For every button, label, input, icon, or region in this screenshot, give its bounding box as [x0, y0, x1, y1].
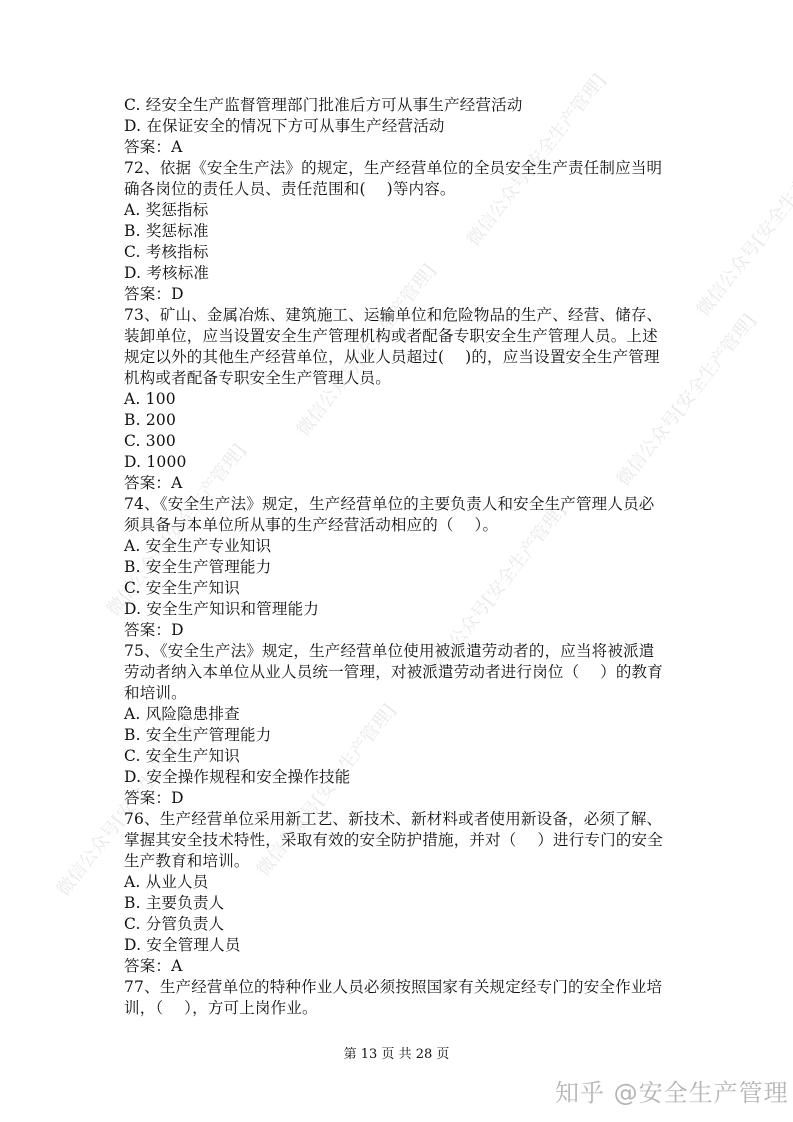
- option-line: C. 300: [124, 431, 684, 452]
- question-line: 掌握其安全技术特性，采取有效的安全防护措施，并对（ ）进行专门的安全: [124, 830, 684, 851]
- watermark: 微信公众号[安全生产管理]: [690, 138, 793, 321]
- answer-line: 答案：A: [124, 473, 684, 494]
- option-line: C. 安全生产知识: [124, 578, 684, 599]
- option-line: A. 安全生产专业知识: [124, 536, 684, 557]
- page-indicator: 第 13 页 共 28 页: [0, 1043, 793, 1062]
- question-line: 和培训。: [124, 683, 684, 704]
- brand-watermark: 知乎 @安全生产管理: [555, 1073, 789, 1108]
- answer-line: 答案：A: [124, 956, 684, 977]
- option-line: B. 主要负责人: [124, 893, 684, 914]
- question-line: 76、生产经营单位采用新工艺、新技术、新材料或者使用新设备，必须了解、: [124, 809, 684, 830]
- option-line: B. 奖惩标准: [124, 221, 684, 242]
- question-line: 须具备与本单位所从事的生产经营活动相应的（ ）。: [124, 515, 684, 536]
- option-line: A. 风险隐患排查: [124, 704, 684, 725]
- option-line: C. 考核指标: [124, 242, 684, 263]
- document-page: 微信公众号[安全生产管理] 微信公众号[安全生产管理] 微信公众号[安全生产管理…: [0, 0, 793, 1122]
- option-line: D. 安全管理人员: [124, 935, 684, 956]
- question-line: 训，（ ），方可上岗作业。: [124, 998, 684, 1019]
- answer-line: 答案：D: [124, 284, 684, 305]
- option-line: D. 1000: [124, 452, 684, 473]
- answer-line: 答案：A: [124, 137, 684, 158]
- question-line: 装卸单位，应当设置安全生产管理机构或者配备专职安全生产管理人员。上述: [124, 326, 684, 347]
- question-line: 规定以外的其他生产经营单位，从业人员超过( )的，应当设置安全生产管理: [124, 347, 684, 368]
- question-line: 生产教育和培训。: [124, 851, 684, 872]
- option-line: B. 安全生产管理能力: [124, 725, 684, 746]
- option-line: D. 考核标准: [124, 263, 684, 284]
- option-line: D. 安全操作规程和安全操作技能: [124, 767, 684, 788]
- question-line: 72、依据《安全生产法》的规定，生产经营单位的全员安全生产责任制应当明: [124, 158, 684, 179]
- question-line: 机构或者配备专职安全生产管理人员。: [124, 368, 684, 389]
- option-line: C. 安全生产知识: [124, 746, 684, 767]
- option-line: A. 100: [124, 389, 684, 410]
- option-line: A. 从业人员: [124, 872, 684, 893]
- option-line: B. 200: [124, 410, 684, 431]
- question-line: 77、生产经营单位的特种作业人员必须按照国家有关规定经专门的安全作业培: [124, 977, 684, 998]
- answer-line: 答案：D: [124, 788, 684, 809]
- option-line: A. 奖惩指标: [124, 200, 684, 221]
- option-line: D. 安全生产知识和管理能力: [124, 599, 684, 620]
- question-line: 74、《安全生产法》规定，生产经营单位的主要负责人和安全生产管理人员必: [124, 494, 684, 515]
- option-line: B. 安全生产管理能力: [124, 557, 684, 578]
- option-line: D. 在保证安全的情况下方可从事生产经营活动: [124, 116, 684, 137]
- option-line: C. 分管负责人: [124, 914, 684, 935]
- question-line: 确各岗位的责任人员、责任范围和( )等内容。: [124, 179, 684, 200]
- document-body: C. 经安全生产监督管理部门批准后方可从事生产经营活动 D. 在保证安全的情况下…: [124, 95, 684, 1019]
- answer-line: 答案：D: [124, 620, 684, 641]
- question-line: 劳动者纳入本单位从业人员统一管理，对被派遣劳动者进行岗位（ ）的教育: [124, 662, 684, 683]
- question-line: 73、矿山、金属冶炼、建筑施工、运输单位和危险物品的生产、经营、储存、: [124, 305, 684, 326]
- option-line: C. 经安全生产监督管理部门批准后方可从事生产经营活动: [124, 95, 684, 116]
- question-line: 75、《安全生产法》规定，生产经营单位使用被派遣劳动者的，应当将被派遣: [124, 641, 684, 662]
